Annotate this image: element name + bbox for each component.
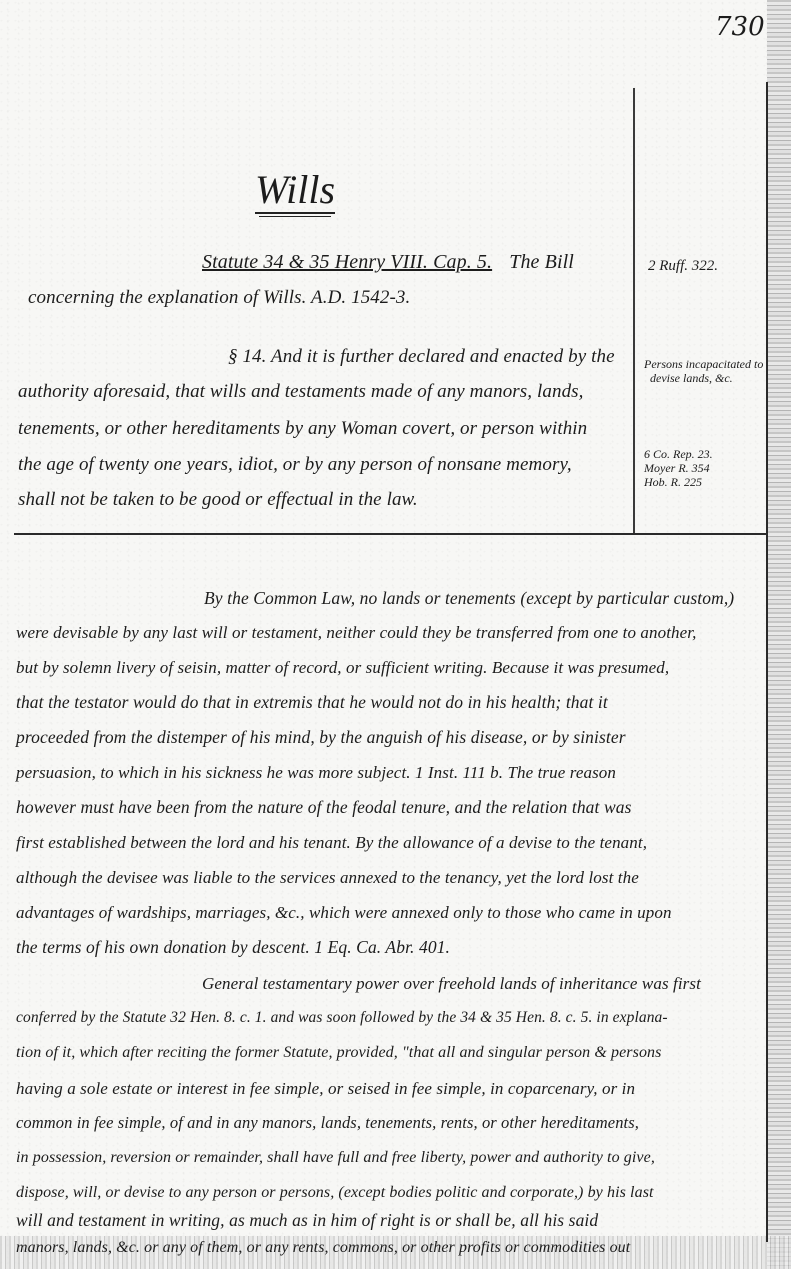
commentary-line: persuasion, to which in his sickness he … (16, 764, 616, 781)
commentary-line: but by solemn livery of seisin, matter o… (16, 659, 669, 676)
section-divider (14, 533, 768, 535)
commentary-line: that the testator would do that in extre… (16, 694, 608, 712)
margin-reference: Moyer R. 354 (644, 462, 713, 476)
commentary-line: although the devisee was liable to the s… (16, 869, 639, 886)
statute-subheading: concerning the explanation of Wills. A.D… (28, 288, 410, 307)
margin-subject-line: devise lands, &c. (644, 372, 763, 386)
commentary-line: were devisable by any last will or testa… (16, 624, 696, 641)
commentary-line: first established between the lord and h… (16, 834, 647, 851)
commentary-line: however must have been from the nature o… (16, 799, 632, 817)
commentary-line: common in fee simple, of and in any mano… (16, 1115, 639, 1132)
margin-subject: Persons incapacitated to devise lands, &… (644, 358, 763, 386)
commentary-line: having a sole estate or interest in fee … (16, 1080, 635, 1097)
statute-line: shall not be taken to be good or effectu… (18, 490, 418, 509)
statute-line: authority aforesaid, that wills and test… (18, 382, 584, 401)
statute-line: the age of twenty one years, idiot, or b… (18, 455, 572, 474)
statute-line: § 14. And it is further declared and ena… (228, 347, 615, 366)
page-number: 730 (715, 12, 765, 42)
statute-heading: Statute 34 & 35 Henry VIII. Cap. 5. (202, 251, 492, 273)
page-title: Wills (255, 168, 335, 214)
statute-line: tenements, or other hereditaments by any… (18, 419, 587, 438)
commentary-line: conferred by the Statute 32 Hen. 8. c. 1… (16, 1010, 668, 1026)
margin-reference: 6 Co. Rep. 23. (644, 448, 713, 462)
commentary-line: in possession, reversion or remainder, s… (16, 1150, 655, 1166)
margin-subject-line: Persons incapacitated to (644, 358, 763, 372)
margin-rule (633, 88, 635, 534)
margin-reference: Hob. R. 225 (644, 476, 713, 490)
commentary-line: will and testament in writing, as much a… (16, 1212, 598, 1230)
commentary-line: General testamentary power over freehold… (202, 975, 701, 992)
margin-reference: 2 Ruff. 322. (648, 258, 718, 275)
commentary-line: manors, lands, &c. or any of them, or an… (16, 1240, 630, 1256)
page-binding-edge (767, 0, 791, 1269)
statute-heading-line: Statute 34 & 35 Henry VIII. Cap. 5. The … (202, 252, 574, 272)
commentary-line: By the Common Law, no lands or tenements… (204, 590, 734, 608)
commentary-line: dispose, will, or devise to any person o… (16, 1185, 654, 1201)
right-frame-rule (766, 82, 768, 1242)
statute-heading-continuation: The Bill (509, 251, 574, 273)
margin-references: 6 Co. Rep. 23. Moyer R. 354 Hob. R. 225 (644, 448, 713, 489)
commentary-line: advantages of wardships, marriages, &c.,… (16, 904, 672, 921)
commentary-line: tion of it, which after reciting the for… (16, 1045, 661, 1061)
commentary-line: the terms of his own donation by descent… (16, 939, 450, 957)
commentary-line: proceeded from the distemper of his mind… (16, 729, 626, 747)
manuscript-page: 730 Wills Statute 34 & 35 Henry VIII. Ca… (0, 0, 791, 1269)
